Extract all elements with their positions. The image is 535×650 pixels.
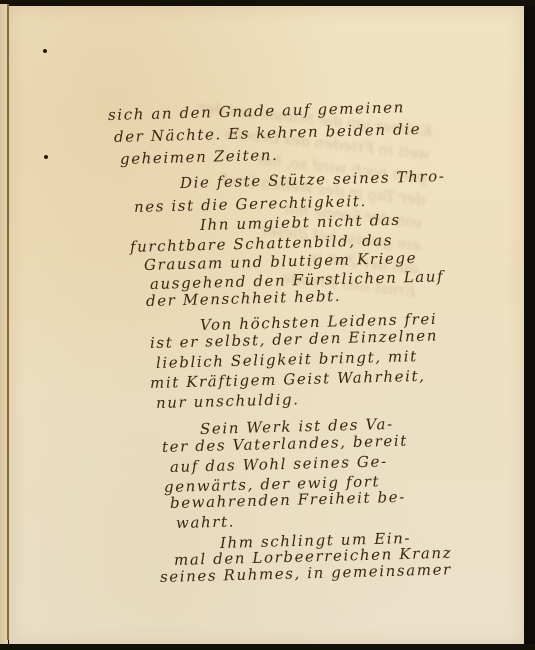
- handwritten-line: sich an den Gnade auf gemeinen: [108, 98, 405, 124]
- handwritten-line: geheimen Zeiten.: [120, 146, 279, 168]
- handwritten-line: Ihn umgiebt nicht das: [200, 211, 401, 234]
- handwritten-line: der Nächte. Es kehren beiden die: [114, 120, 422, 146]
- handwritten-line: der Menschheit hebt.: [146, 287, 342, 310]
- handwritten-line: nur unschuldig.: [156, 390, 300, 412]
- handwritten-line: wahrt.: [176, 512, 235, 532]
- handwritten-text-block: sich an den Gnade auf gemeinender Nächte…: [0, 0, 535, 650]
- handwritten-line: Die feste Stütze seines Thro-: [180, 167, 446, 192]
- scanned-manuscript: Krämer um die Stunde aus der welt in Fri…: [0, 0, 535, 650]
